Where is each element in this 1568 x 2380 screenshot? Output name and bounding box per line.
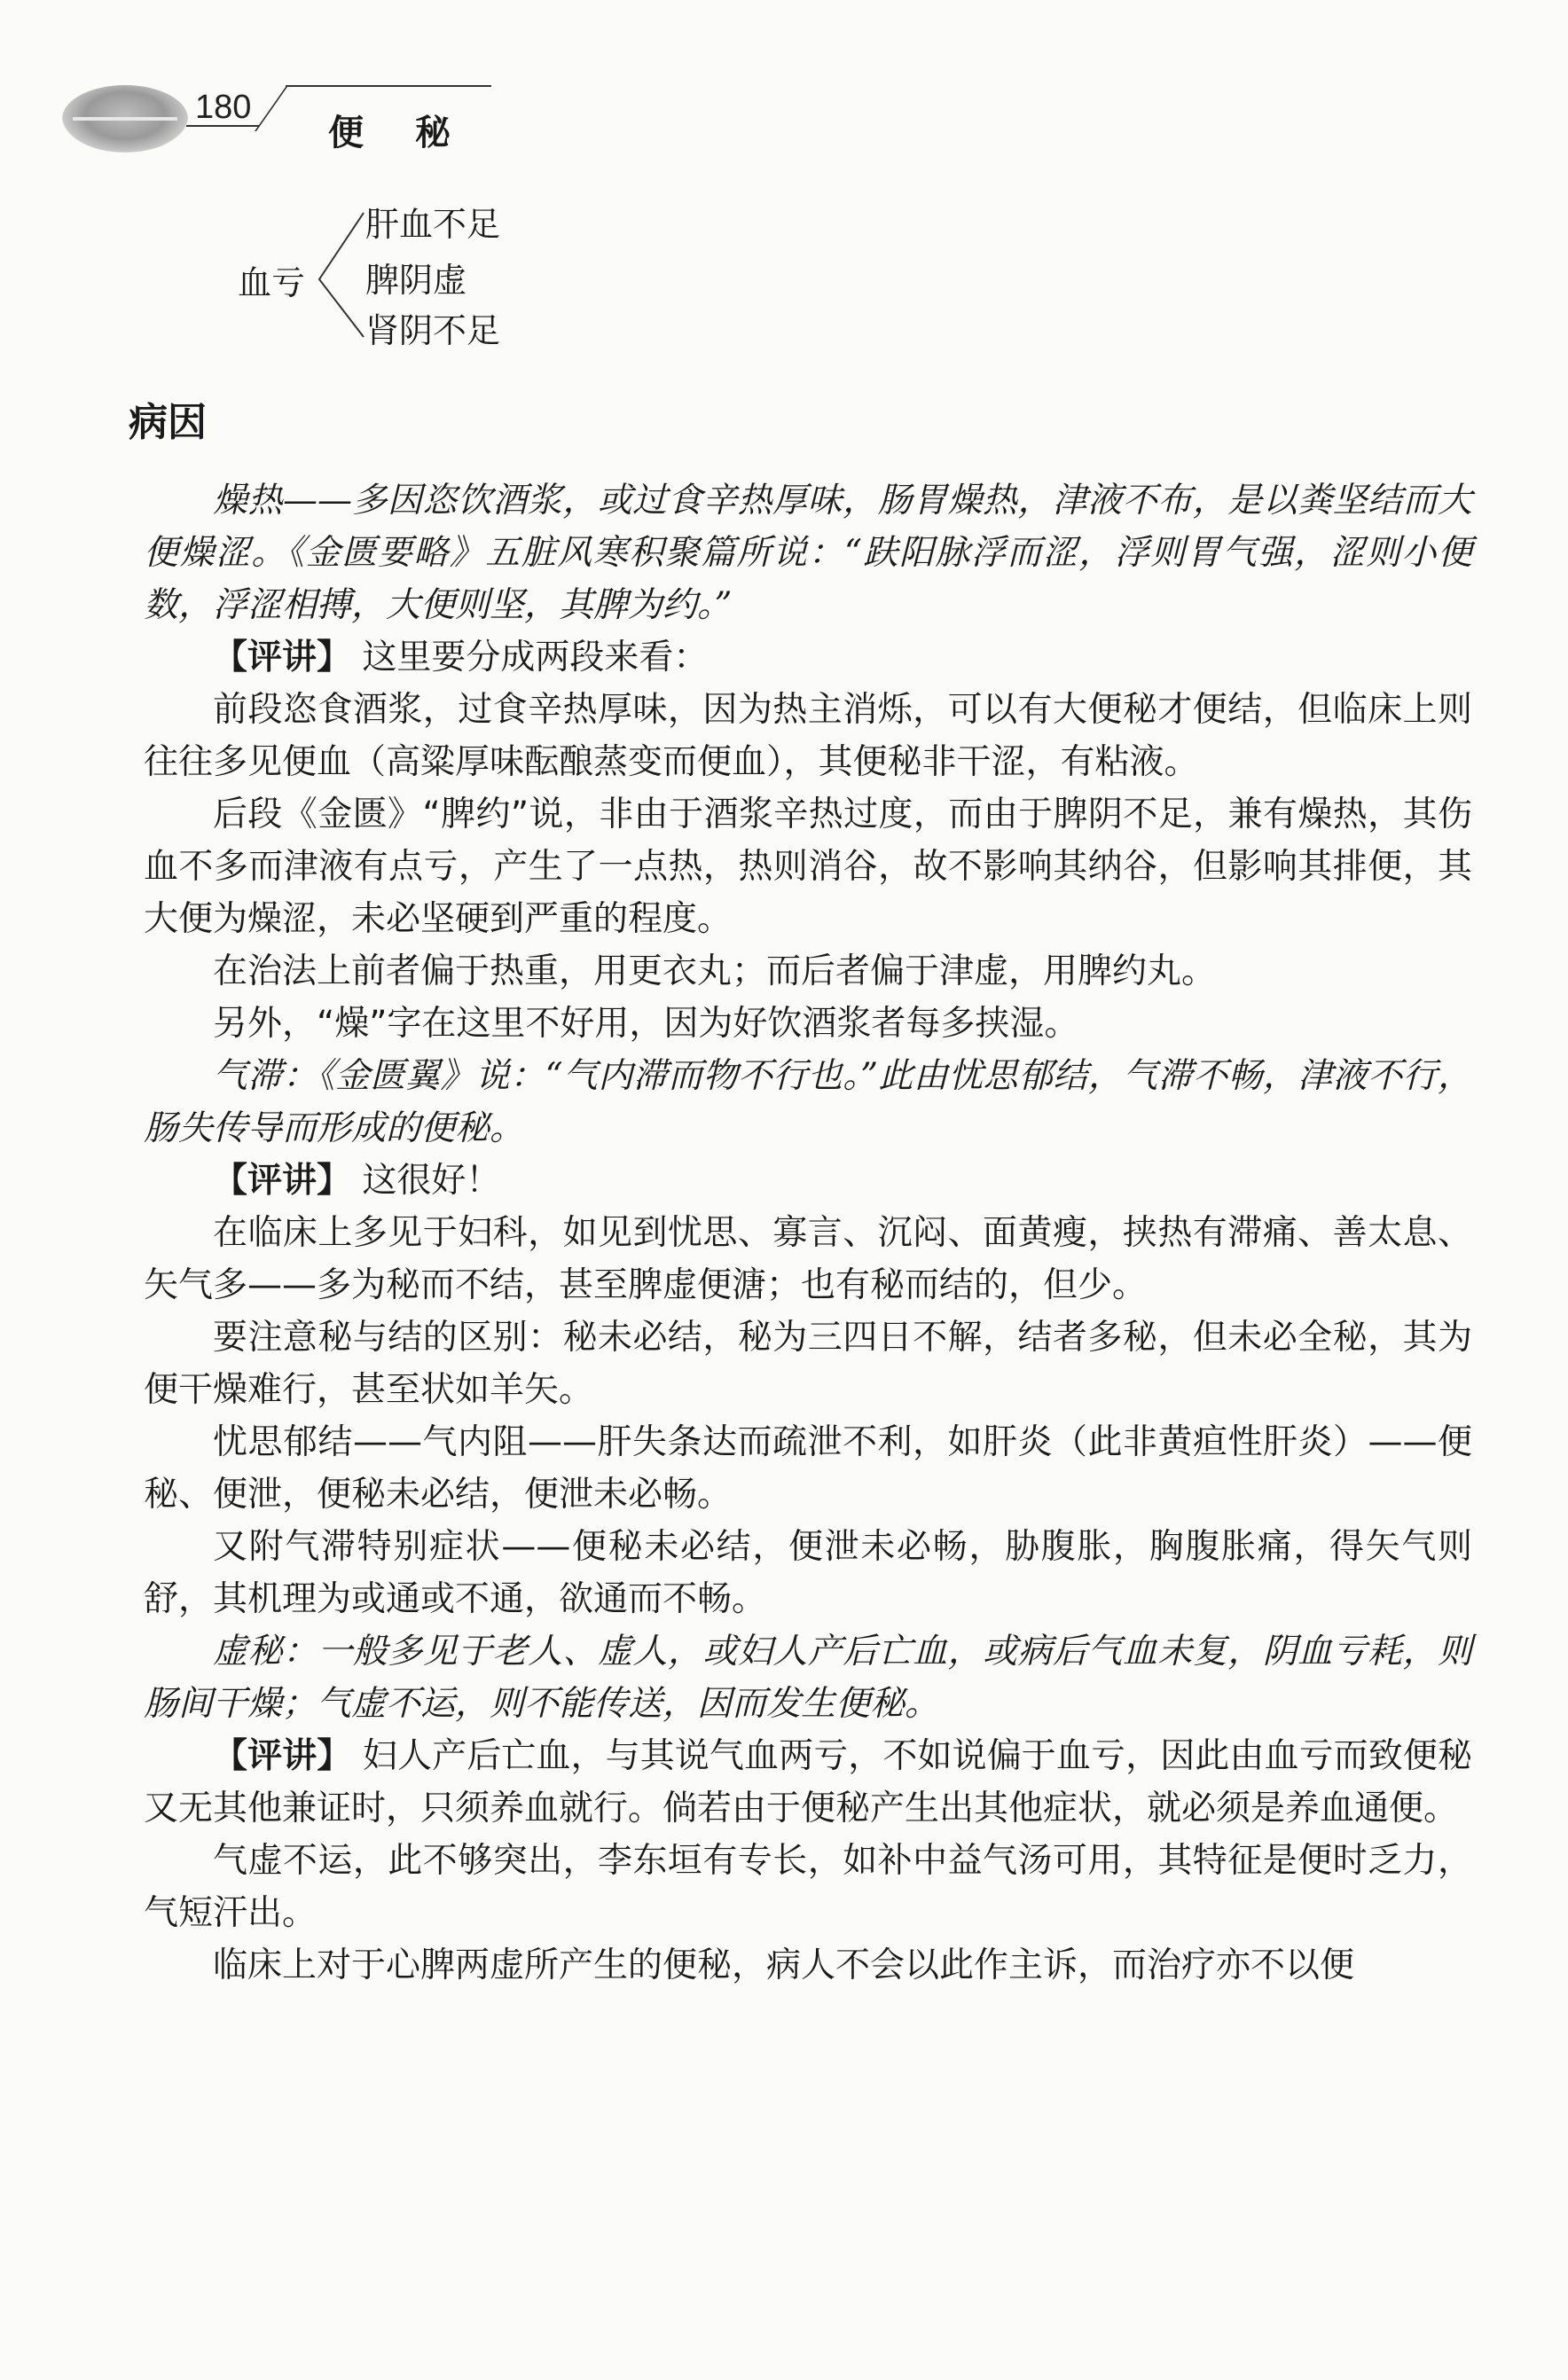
paragraph-text: 气滞：《金匮翼》说：“气内滞而物不行也。”此由忧思郁结，气滞不畅，津液不行，肠失…: [144, 1056, 1472, 1148]
paragraph: 在治法上前者偏于热重，用更衣丸；而后者偏于津虚，用脾约丸。: [144, 945, 1472, 998]
paragraph: 临床上对于心脾两虚所产生的便秘，病人不会以此作主诉，而治疗亦不以便: [144, 1939, 1472, 1992]
tree-branch: 肝血不足: [365, 197, 500, 246]
paragraph-text: 临床上对于心脾两虚所产生的便秘，病人不会以此作主诉，而治疗亦不以便: [213, 1945, 1354, 1985]
tree-branch: 肾阴不足: [365, 303, 500, 352]
tree-root: 血亏: [238, 255, 305, 304]
paragraph: 气虚不运，此不够突出，李东垣有专长，如补中益气汤可用，其特征是便时乏力，气短汗出…: [144, 1835, 1472, 1939]
commentary-tag: 【评讲】: [213, 1736, 351, 1776]
paragraph-text: 虚秘：一般多见于老人、虚人，或妇人产后亡血，或病后气血未复，阴血亏耗，则肠间干燥…: [144, 1632, 1472, 1724]
landscape-emblem-icon: [62, 85, 188, 153]
body-text: 燥热——多因恣饮酒浆，或过食辛热厚味，肠胃燥热，津液不布，是以粪坚结而大便燥涩。…: [144, 474, 1472, 1992]
paragraph-text: 这里要分成两段来看：: [351, 638, 708, 677]
paragraph-text: 后段《金匮》“脾约”说，非由于酒浆辛热过度，而由于脾阴不足，兼有燥热，其伤血不多…: [144, 795, 1472, 939]
citation-paragraph: 气滞：《金匮翼》说：“气内滞而物不行也。”此由忧思郁结，气滞不畅，津液不行，肠失…: [144, 1050, 1472, 1155]
paragraph: 又附气滞特别症状——便秘未必结，便泄未必畅，胁腹胀，胸腹胀痛，得矢气则舒，其机理…: [144, 1521, 1472, 1625]
paragraph: 在临床上多见于妇科，如见到忧思、寡言、沉闷、面黄瘦，挟热有滞痛、善太息、矢气多—…: [144, 1207, 1472, 1311]
paragraph-text: 又附气滞特别症状——便秘未必结，便泄未必畅，胁腹胀，胸腹胀痛，得矢气则舒，其机理…: [144, 1527, 1472, 1619]
paragraph-text: 前段恣食酒浆，过食辛热厚味，因为热主消烁，可以有大便秘才便结，但临床上则往往多见…: [144, 690, 1472, 782]
header-rule-left: [186, 125, 259, 127]
paragraph: 要注意秘与结的区别：秘未必结，秘为三四日不解，结者多秘，但未必全秘，其为便干燥难…: [144, 1311, 1472, 1416]
paragraph-text: 气虚不运，此不够突出，李东垣有专长，如补中益气汤可用，其特征是便时乏力，气短汗出…: [144, 1841, 1472, 1933]
paragraph: 忧思郁结——气内阻——肝失条达而疏泄不利，如肝炎（此非黄疸性肝炎）——便秘、便泄…: [144, 1416, 1472, 1521]
page-number: 180: [195, 89, 251, 127]
citation-paragraph: 燥热——多因恣饮酒浆，或过食辛热厚味，肠胃燥热，津液不布，是以粪坚结而大便燥涩。…: [144, 474, 1472, 631]
commentary-tag: 【评讲】: [213, 1161, 351, 1201]
paragraph-text: 这很好！: [351, 1161, 500, 1201]
paragraph-text: 要注意秘与结的区别：秘未必结，秘为三四日不解，结者多秘，但未必全秘，其为便干燥难…: [144, 1318, 1472, 1410]
tree-branch: 脾阴虚: [365, 253, 466, 301]
commentary-tag: 【评讲】: [213, 638, 351, 677]
paragraph-text: 在临床上多见于妇科，如见到忧思、寡言、沉闷、面黄瘦，挟热有滞痛、善太息、矢气多—…: [144, 1213, 1472, 1305]
paragraph: 另外，“燥”字在这里不好用，因为好饮酒浆者每多挟湿。: [144, 998, 1472, 1050]
paragraph-text: 另外，“燥”字在这里不好用，因为好饮酒浆者每多挟湿。: [213, 1004, 1078, 1044]
paragraph-text: 忧思郁结——气内阻——肝失条达而疏泄不利，如肝炎（此非黄疸性肝炎）——便秘、便泄…: [144, 1422, 1472, 1515]
commentary-paragraph: 【评讲】 这很好！: [144, 1155, 1472, 1207]
citation-paragraph: 虚秘：一般多见于老人、虚人，或妇人产后亡血，或病后气血未复，阴血亏耗，则肠间干燥…: [144, 1625, 1472, 1730]
header-rule-slant: [255, 85, 288, 131]
commentary-paragraph: 【评讲】 这里要分成两段来看：: [144, 631, 1472, 684]
tree-bracket-icon: [310, 204, 372, 346]
commentary-paragraph: 【评讲】 妇人产后亡血，与其说气血两亏，不如说偏于血亏，因此由血亏而致便秘又无其…: [144, 1730, 1472, 1835]
paragraph-text: 在治法上前者偏于热重，用更衣丸；而后者偏于津虚，用脾约丸。: [213, 951, 1216, 991]
paragraph-text: 燥热——多因恣饮酒浆，或过食辛热厚味，肠胃燥热，津液不布，是以粪坚结而大便燥涩。…: [144, 481, 1472, 625]
paragraph: 前段恣食酒浆，过食辛热厚味，因为热主消烁，可以有大便秘才便结，但临床上则往往多见…: [144, 684, 1472, 788]
paragraph: 后段《金匮》“脾约”说，非由于酒浆辛热过度，而由于脾阴不足，兼有燥热，其伤血不多…: [144, 788, 1472, 945]
section-heading: 病因: [129, 390, 207, 447]
chapter-title: 便秘: [328, 105, 502, 155]
header-rule-top: [286, 85, 491, 87]
